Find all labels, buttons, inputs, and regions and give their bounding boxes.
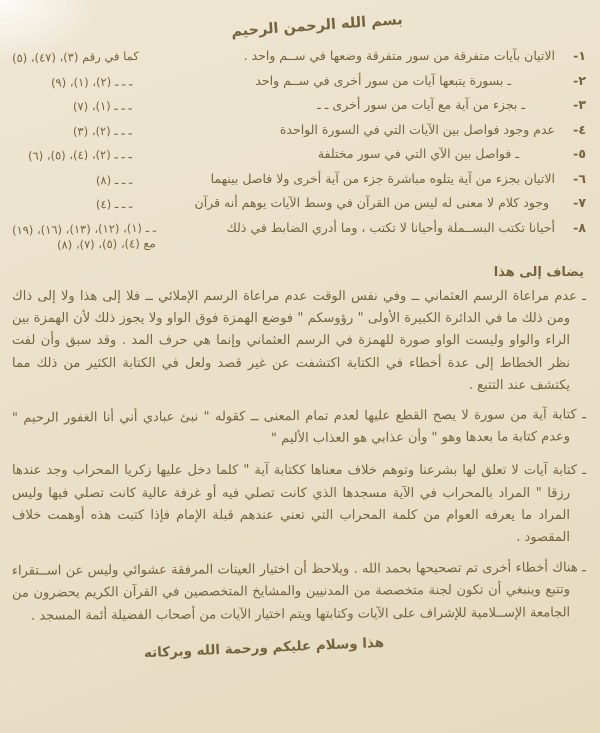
list-item-main: ٢- ـ بسورة يتبعها آيات من سور أخرى في سـ… bbox=[255, 73, 586, 90]
item-references: ـ ـ ـ (١)، (٧) bbox=[12, 97, 132, 115]
item-references: ـ ـ ـ (٤) bbox=[12, 195, 132, 213]
item-number: ٧- bbox=[564, 195, 586, 212]
item-references: ـ ـ ـ (٨) bbox=[12, 171, 132, 189]
item-references: ـ ـ ـ (٢)، (١)، (٩) bbox=[12, 73, 132, 91]
item-number: ١- bbox=[564, 48, 586, 65]
item-references: ـ ـ ـ (٢)، (٤)، (٥)، (٦) bbox=[12, 146, 132, 164]
item-ref-numbers: ـ ـ ـ (١)، (٧) bbox=[73, 99, 132, 116]
item-number: ٤- bbox=[564, 122, 586, 139]
item-number: ٦- bbox=[564, 171, 586, 188]
list-item-main: ١- الاتيان بآيات متفرقة من سور متفرقة وض… bbox=[244, 48, 586, 65]
item-number: ٢- bbox=[564, 73, 586, 90]
item-references: ـ ـ ـ (٢)، (٣) bbox=[12, 122, 132, 140]
item-ref-numbers: ـ ـ ـ (٤) bbox=[96, 197, 133, 213]
item-ref-numbers: ـ ـ ـ (٨) bbox=[96, 172, 133, 188]
item-text: ـ فواصل بين الآي التي في سور مختلفة bbox=[318, 146, 555, 163]
item-number: ٥- bbox=[564, 146, 586, 163]
list-item: ٣- ـ بجزء من آية مع آيات من سور أخرى ـ ـ… bbox=[12, 97, 586, 115]
item-number: ٣- bbox=[564, 97, 586, 114]
list-item-main: ٤- عدم وجود فواصل بين الآيات التي في الس… bbox=[280, 122, 586, 139]
list-item-main: ٨- أحيانا تكتب البســملة وأحيانا لا تكتب… bbox=[227, 220, 586, 237]
item-number: ٨- bbox=[564, 220, 586, 237]
bismillah-heading: بسم الله الرحمن الرحيم bbox=[30, 0, 600, 54]
item-ref-numbers-continued: مع (٤)، (٥)، (٧)، (٨) bbox=[57, 236, 156, 253]
item-text: عدم وجود فواصل بين الآيات التي في السورة… bbox=[280, 122, 555, 139]
list-item: ٤- عدم وجود فواصل بين الآيات التي في الس… bbox=[12, 122, 586, 140]
addendum-intro: يضاف إلى هذا bbox=[12, 265, 584, 280]
item-ref-numbers: ـ ـ ـ (٢)، (١)، (٩) bbox=[51, 74, 133, 91]
list-item-main: ٧- وجود كلام لا معنى له ليس من القرآن في… bbox=[195, 195, 586, 212]
addendum-section: يضاف إلى هذا ـ عدم مراعاة الرسم العثماني… bbox=[12, 265, 586, 626]
addendum-paragraph: ـ عدم مراعاة الرسم العثماني ــ وفي نفس ا… bbox=[12, 286, 586, 398]
item-text: أحيانا تكتب البســملة وأحيانا لا تكتب ، … bbox=[227, 220, 555, 237]
manuscript-page: بسم الله الرحمن الرحيم ١- الاتيان بآيات … bbox=[0, 0, 600, 733]
list-item-main: ٣- ـ بجزء من آية مع آيات من سور أخرى ـ ـ bbox=[317, 97, 586, 114]
item-text: الاتيان بجزء من آية يتلوه مباشرة جزء من … bbox=[211, 171, 555, 188]
item-text: ـ بجزء من آية مع آيات من سور أخرى ـ ـ bbox=[317, 97, 555, 114]
list-item: ٦- الاتيان بجزء من آية يتلوه مباشرة جزء … bbox=[12, 171, 586, 189]
list-item-main: ٥- ـ فواصل بين الآي التي في سور مختلفة bbox=[318, 146, 586, 163]
list-item: ١- الاتيان بآيات متفرقة من سور متفرقة وض… bbox=[12, 48, 586, 66]
list-item: ٨- أحيانا تكتب البســملة وأحيانا لا تكتب… bbox=[12, 220, 586, 253]
numbered-observations-list: ١- الاتيان بآيات متفرقة من سور متفرقة وض… bbox=[12, 48, 586, 253]
item-ref-numbers: كما في رقم (٣)، (٤٧)، (٥) bbox=[12, 49, 139, 67]
item-text: وجود كلام لا معنى له ليس من القرآن في وس… bbox=[195, 195, 555, 212]
list-item: ٥- ـ فواصل بين الآي التي في سور مختلفة ـ… bbox=[12, 146, 586, 164]
item-ref-numbers: ـ ـ ـ (٢)، (٤)، (٥)، (٦) bbox=[28, 147, 132, 164]
closing-salutation: هذا وسلام عليكم ورحمة الله وبركاته bbox=[92, 632, 436, 663]
item-text: الاتيان بآيات متفرقة من سور متفرقة وضعها… bbox=[244, 48, 555, 65]
item-references: كما في رقم (٣)، (٤٧)، (٥) bbox=[12, 48, 139, 66]
item-ref-numbers: ـ ـ ـ (٢)، (٣) bbox=[73, 123, 132, 140]
list-item: ٧- وجود كلام لا معنى له ليس من القرآن في… bbox=[12, 195, 586, 213]
item-text: ـ بسورة يتبعها آيات من سور أخرى في ســم … bbox=[255, 73, 555, 90]
addendum-paragraph: ـ كتابة آيات لا تعلق لها بشرعنا وتوهم خل… bbox=[12, 460, 586, 549]
list-item: ٢- ـ بسورة يتبعها آيات من سور أخرى في سـ… bbox=[12, 73, 586, 91]
list-item-main: ٦- الاتيان بجزء من آية يتلوه مباشرة جزء … bbox=[211, 171, 586, 188]
item-references: ـ ـ (١)، (١٢)، (١٣)، (١٦)، (١٩) مع (٤)، … bbox=[12, 220, 156, 253]
addendum-paragraph: ـ كتابة آية من سورة لا يصح القطع عليها ل… bbox=[12, 405, 586, 453]
addendum-paragraph: ـ هناك أخطاء أخرى تم تصحيحها بحمد الله .… bbox=[12, 557, 586, 628]
